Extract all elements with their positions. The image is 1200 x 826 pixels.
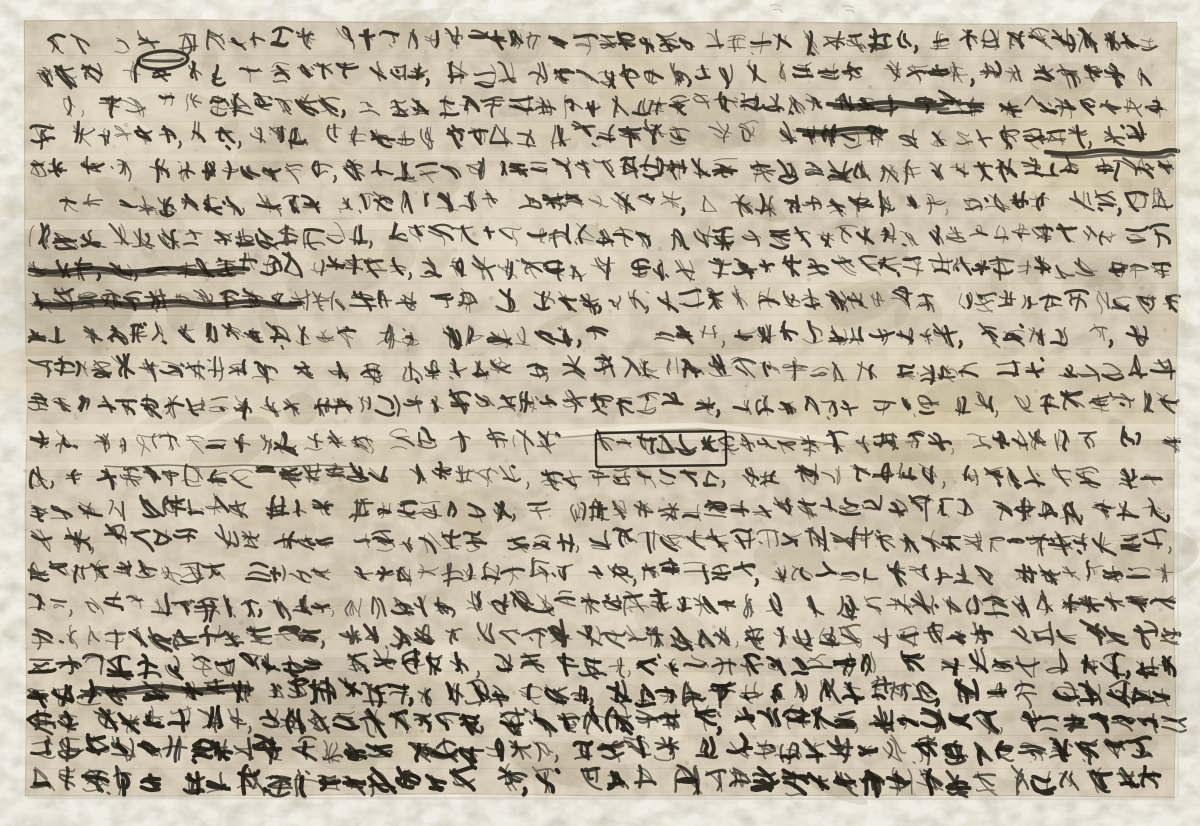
manuscript-canvas [0, 0, 1200, 826]
rule-line [28, 768, 1174, 769]
pencil-marks [770, 5, 855, 13]
pencil-mark [770, 5, 783, 12]
crease-band [25, 220, 470, 230]
rule-line [28, 639, 1174, 640]
pencil-mark [842, 6, 855, 13]
manuscript-photo [0, 0, 1200, 826]
